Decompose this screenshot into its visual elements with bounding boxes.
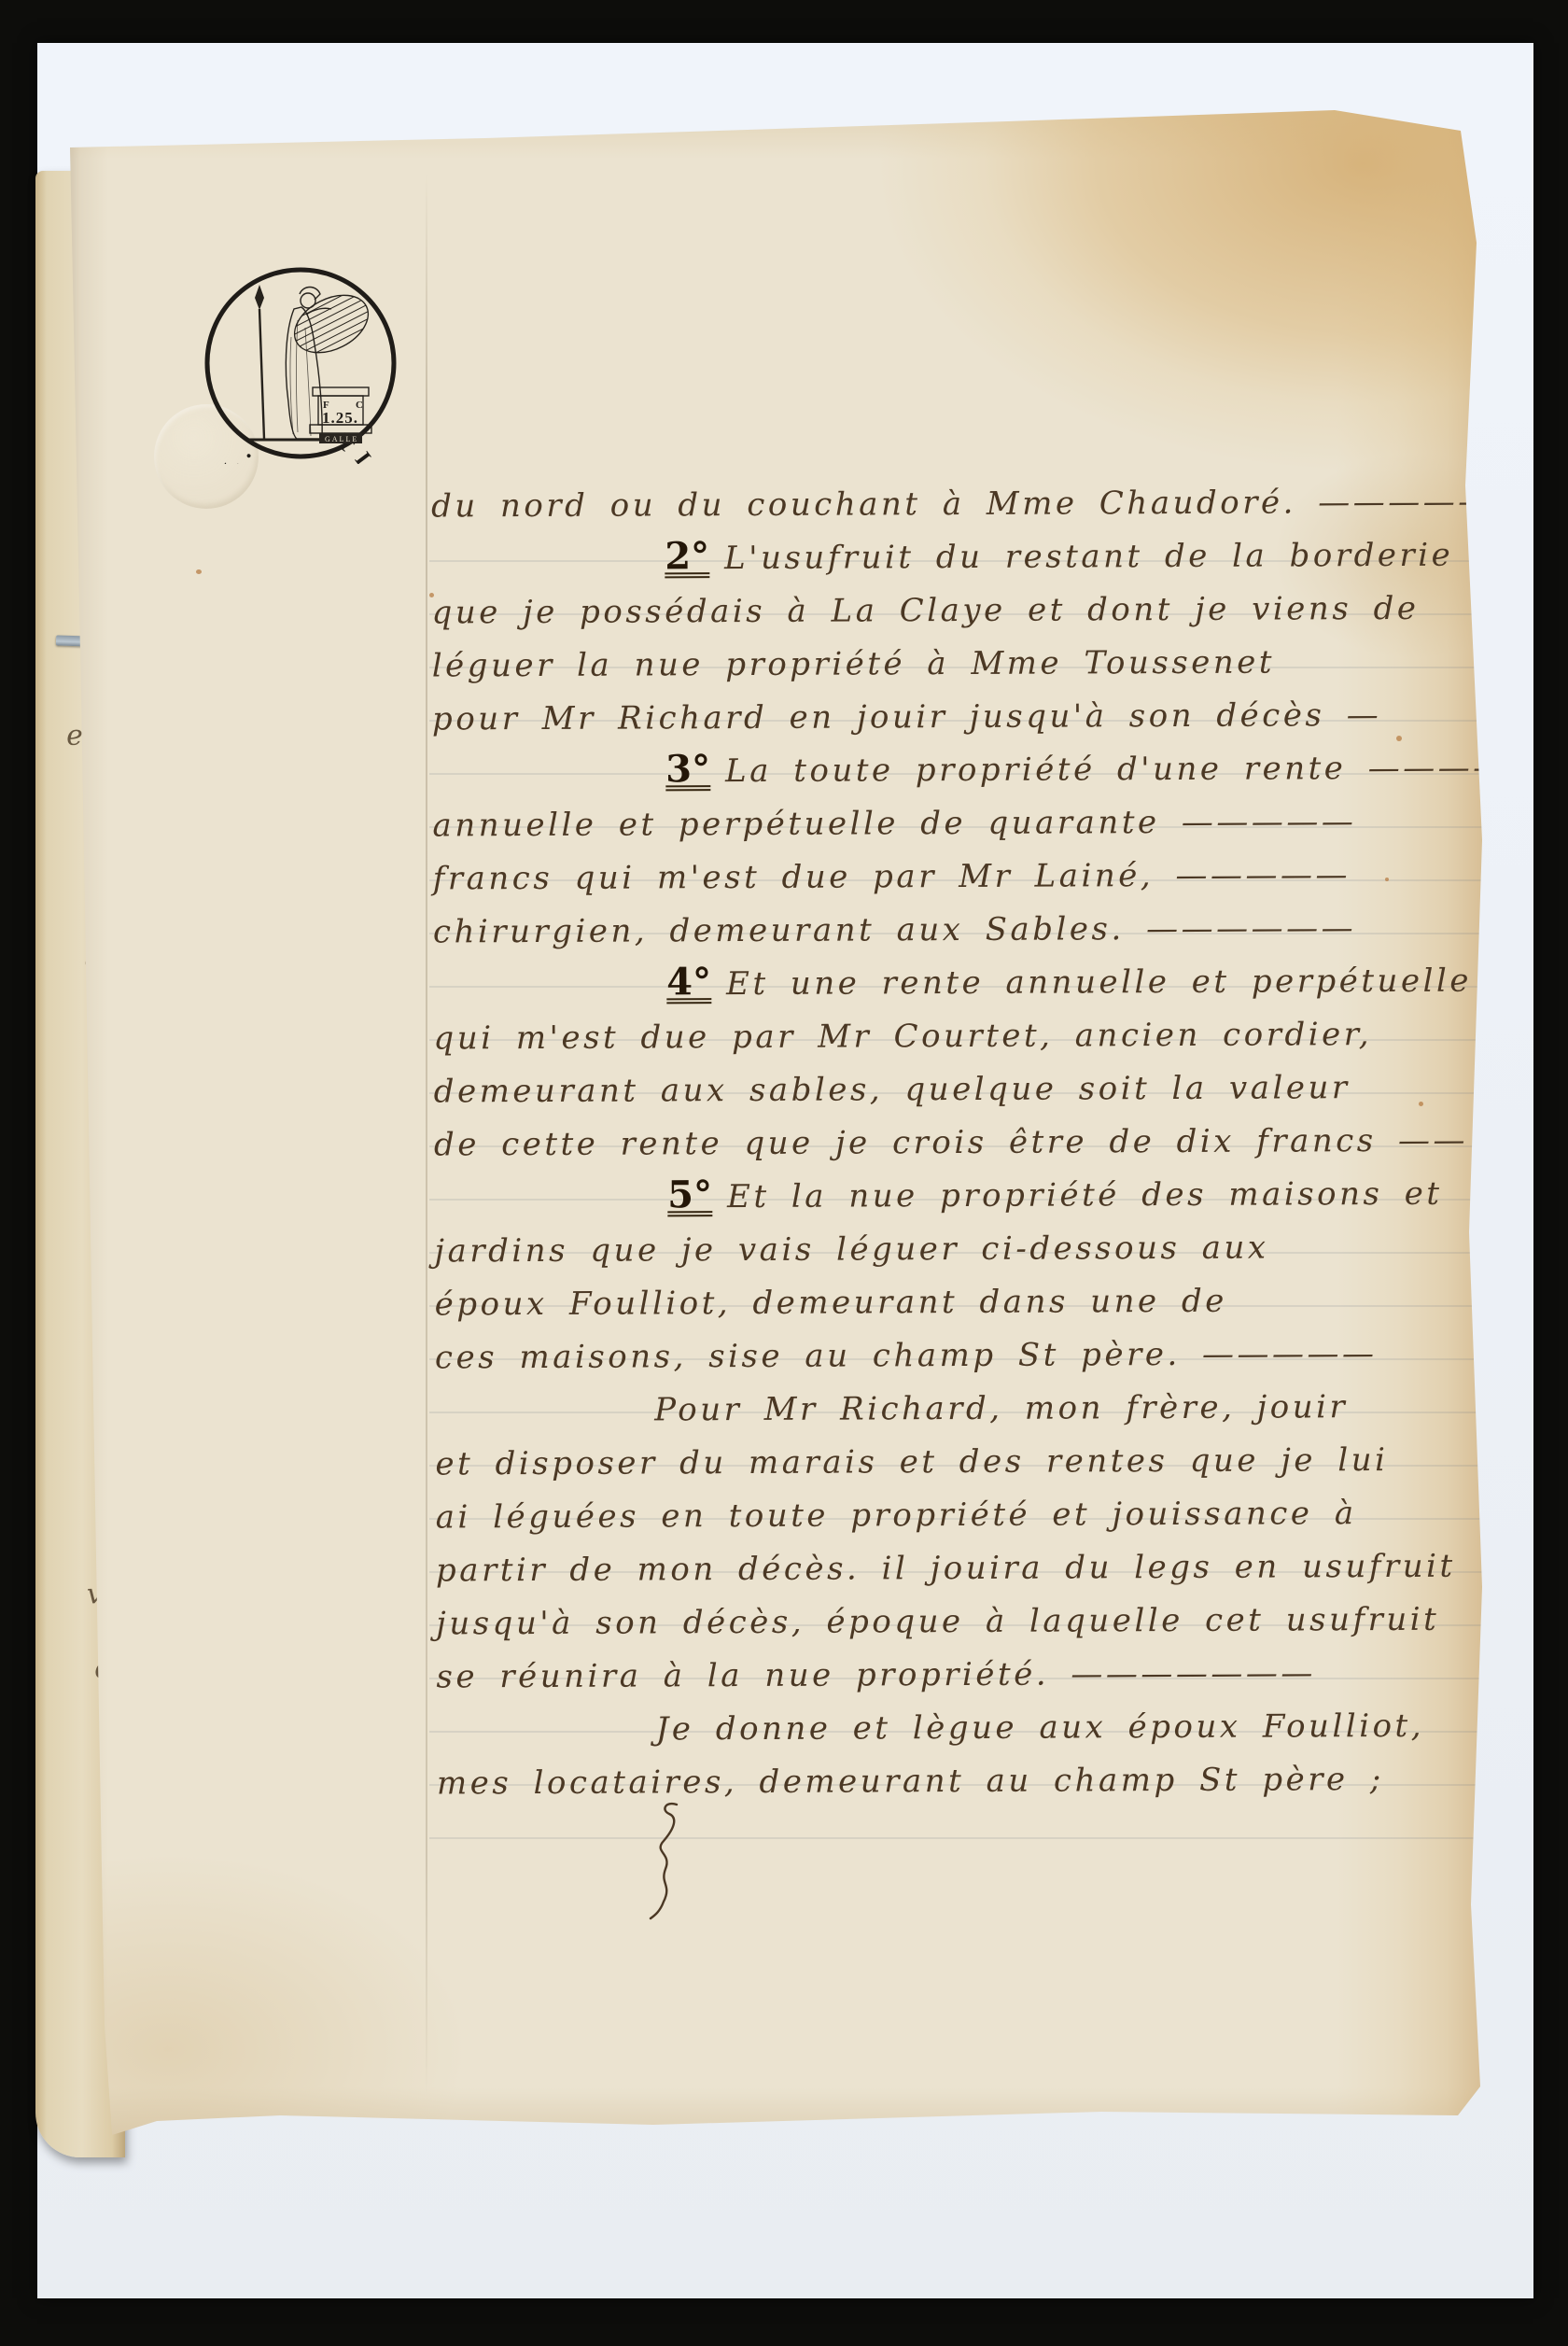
item-number: 2° xyxy=(665,541,709,578)
manuscript-line: 5°Et la nue propriété des maisons et xyxy=(434,1168,1489,1226)
manuscript-line: que je possédais à La Claye et dont je v… xyxy=(431,583,1486,640)
manuscript-line: léguer la nue propriété à Mme Toussenet xyxy=(432,636,1487,694)
item-number: 3° xyxy=(665,753,710,791)
manuscript-line: se réunira à la nue propriété. ——————— xyxy=(436,1647,1491,1705)
manuscript-line: Pour Mr Richard, mon frère, jouir xyxy=(435,1381,1490,1439)
spear-shaft xyxy=(259,309,264,439)
margin-fold-crease xyxy=(426,173,427,2096)
manuscript-line: de cette rente que je crois être de dix … xyxy=(434,1115,1489,1173)
manuscript-line: époux Foulliot, demeurant dans une de xyxy=(435,1274,1490,1332)
manuscript-line: qui m'est due par Mr Courtet, ancien cor… xyxy=(433,1008,1488,1066)
manuscript-line: Je donne et lègue aux époux Foulliot, xyxy=(437,1700,1491,1758)
minerva-figure: F C 1.25. GALLE xyxy=(249,284,378,443)
photographed-document-scene: ( e le s elle s, d de s a et re ve e, s … xyxy=(0,0,1568,2346)
item-number: 4° xyxy=(666,966,711,1004)
manuscript-line: annuelle et perpétuelle de quarante ————… xyxy=(432,795,1487,853)
manuscript-line: ai léguées en toute propriété et jouissa… xyxy=(436,1487,1491,1545)
timbre-royal-stamp: TIMBRE ROYAL. xyxy=(201,262,400,464)
manuscript-line: 4°Et une rente annuelle et perpétuelle xyxy=(433,955,1488,1013)
manuscript-text: du nord ou du couchant à Mme Chaudoré. —… xyxy=(431,476,1491,1811)
manuscript-line: demeurant aux sables, quelque soit la va… xyxy=(434,1061,1489,1119)
engraver-name: GALLE xyxy=(325,435,358,443)
manuscript-line: 2°L'usufruit du restant de la borderie xyxy=(431,529,1486,587)
manuscript-line: et disposer du marais et des rentes que … xyxy=(435,1434,1490,1492)
stamp-value: 1.25. xyxy=(322,409,358,427)
manuscript-line: ces maisons, sise au champ St père. ————… xyxy=(435,1328,1490,1385)
item-number: 5° xyxy=(667,1179,712,1216)
manuscript-line: francs qui m'est due par Mr Lainé, ————— xyxy=(433,849,1488,906)
drapery xyxy=(286,307,322,439)
manuscript-line: du nord ou du couchant à Mme Chaudoré. —… xyxy=(431,476,1486,534)
paraph-flourish xyxy=(639,1799,695,1920)
manuscript-line: jardins que je vais léguer ci-dessous au… xyxy=(434,1221,1489,1279)
manuscript-line: jusqu'à son décès, époque à laquelle cet… xyxy=(436,1594,1491,1651)
manuscript-line: partir de mon décès. il jouira du legs e… xyxy=(436,1540,1491,1598)
manuscript-line: 3°La toute propriété d'une rente ———— xyxy=(432,742,1487,800)
manuscript-line: mes locataires, demeurant au champ St pè… xyxy=(437,1753,1491,1811)
spear-head xyxy=(255,285,264,310)
fox-spot xyxy=(196,569,202,574)
document-page: TIMBRE ROYAL. xyxy=(65,107,1486,2139)
manuscript-line: pour Mr Richard en jouir jusqu'à son déc… xyxy=(432,689,1487,747)
manuscript-line: chirurgien, demeurant aux Sables. —————— xyxy=(433,902,1488,960)
